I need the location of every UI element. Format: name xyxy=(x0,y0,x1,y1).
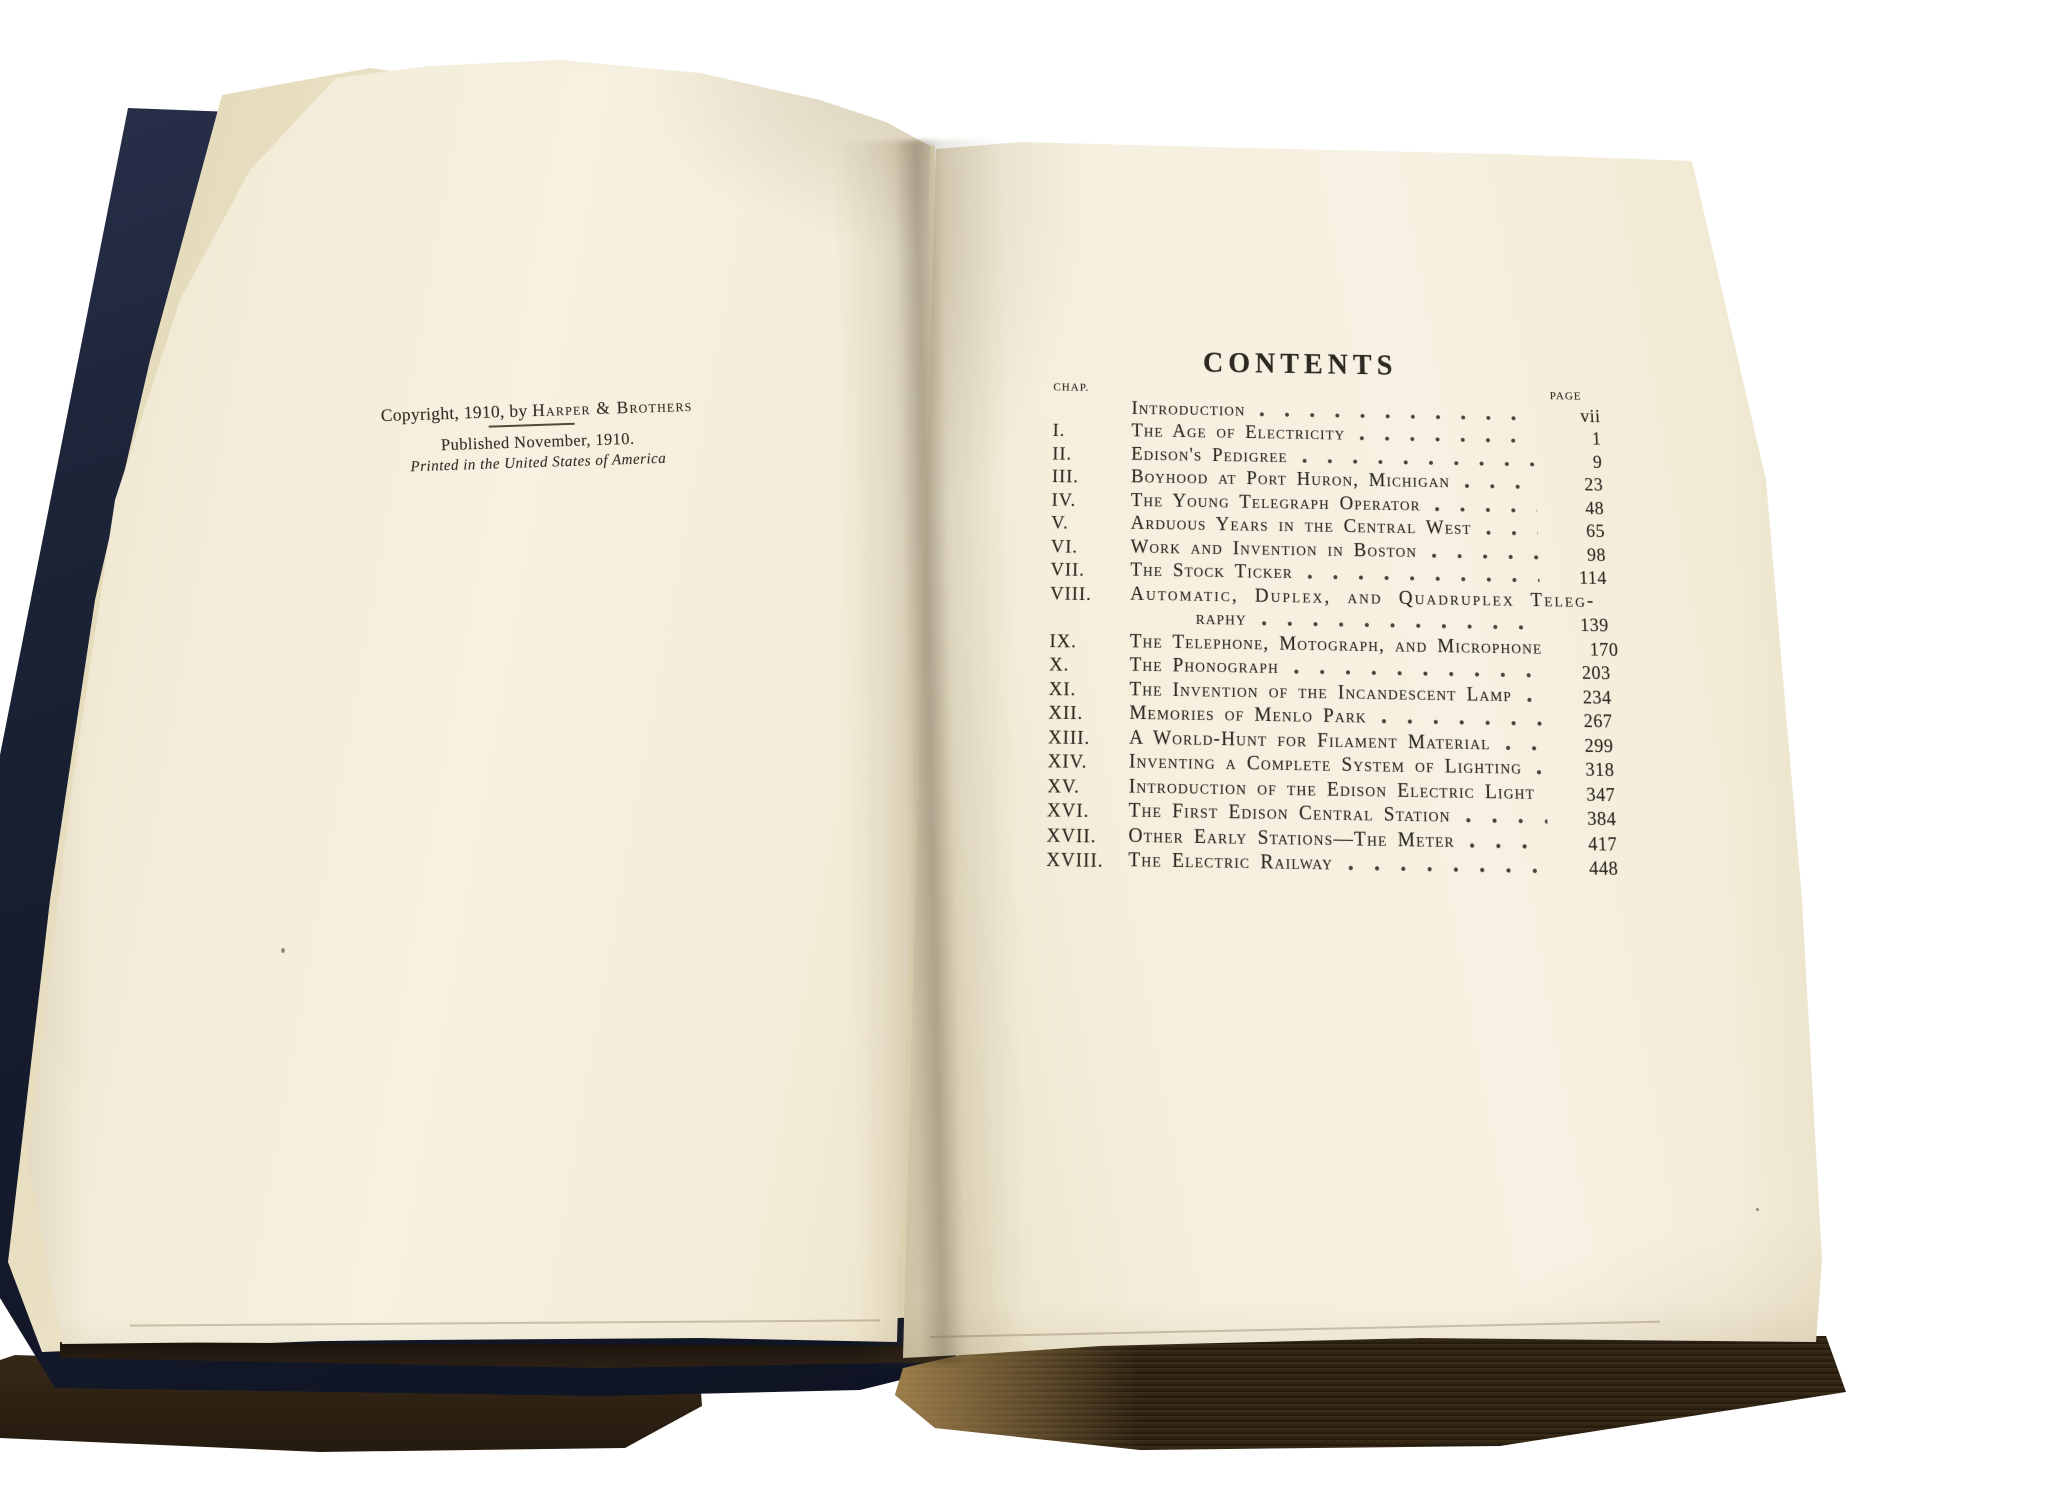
chapter-numeral: XIV. xyxy=(1048,750,1129,774)
page-number: 203 xyxy=(1557,661,1611,684)
chapter-title: raphy xyxy=(1196,608,1247,631)
chapter-title: Edison's Pedigree xyxy=(1131,444,1288,468)
contents-block: CONTENTS CHAP. PAGE Introductionvii I.Th… xyxy=(1038,344,1619,880)
chapter-title: Introduction xyxy=(1131,398,1245,421)
copyright-prefix: Copyright, 1910, by xyxy=(380,400,527,425)
chapter-numeral: II. xyxy=(1052,443,1131,466)
chapter-numeral: VII. xyxy=(1050,559,1130,582)
page-number: 299 xyxy=(1559,734,1614,758)
chapter-numeral: X. xyxy=(1049,653,1130,677)
chapter-numeral: I. xyxy=(1053,420,1132,443)
chapter-numeral: III. xyxy=(1052,466,1131,489)
chapter-numeral: XVI. xyxy=(1047,799,1129,823)
page-number: 139 xyxy=(1555,614,1609,637)
page-number: 347 xyxy=(1561,782,1616,806)
page-number: 417 xyxy=(1562,832,1617,856)
chapter-numeral: XV. xyxy=(1047,774,1129,798)
page-number: 234 xyxy=(1557,685,1612,708)
open-book-contents-photo: Copyright, 1910, by Harper & Brothers Pu… xyxy=(0,0,2048,1503)
page-number: vii xyxy=(1548,405,1601,427)
chapter-numeral: V. xyxy=(1051,512,1131,535)
chapter-numeral: IX. xyxy=(1049,630,1130,654)
page-number: 448 xyxy=(1563,856,1619,880)
page-number: 23 xyxy=(1550,473,1603,495)
chapter-title: The Phonograph xyxy=(1130,655,1279,680)
page-number: 98 xyxy=(1552,543,1606,566)
page-number: 48 xyxy=(1551,497,1605,520)
chapter-title: The Young Telegraph Operator xyxy=(1131,490,1421,516)
chapter-numeral: VI. xyxy=(1051,535,1131,558)
chapter-numeral: XIII. xyxy=(1048,726,1129,750)
page-column-label: PAGE xyxy=(1550,390,1582,403)
chapter-title: The Stock Ticker xyxy=(1130,560,1293,585)
page-number: 384 xyxy=(1562,807,1617,831)
chapter-numeral: XVIII. xyxy=(1046,848,1128,873)
page-number: 267 xyxy=(1558,709,1613,732)
chapter-numeral: XI. xyxy=(1049,677,1130,701)
chapter-numeral: XVII. xyxy=(1047,824,1129,848)
page-number: 170 xyxy=(1564,638,1618,661)
copyright-block: Copyright, 1910, by Harper & Brothers Pu… xyxy=(364,394,711,477)
page-number: 9 xyxy=(1549,450,1602,472)
chapter-title: The Electric Railway xyxy=(1128,850,1333,876)
chapter-title: Work and Invention in Boston xyxy=(1130,536,1417,562)
contents-list: Introductionvii I.The Age of Electricity… xyxy=(1038,395,1619,880)
page-number: 318 xyxy=(1560,758,1615,782)
publisher-name: Harper & Brothers xyxy=(532,395,693,420)
page-number: 65 xyxy=(1552,520,1606,543)
chapter-numeral: XII. xyxy=(1048,701,1129,725)
page-number: 114 xyxy=(1553,567,1607,590)
copyright-rule xyxy=(488,423,574,427)
page-number: 1 xyxy=(1549,427,1602,449)
chapter-title: Memories of Menlo Park xyxy=(1129,703,1367,729)
chapter-column-label: CHAP. xyxy=(1053,381,1089,394)
chapter-numeral: IV. xyxy=(1052,489,1131,512)
chapter-numeral: VIII. xyxy=(1050,582,1130,605)
chapter-title: The Age of Electricity xyxy=(1131,421,1345,446)
